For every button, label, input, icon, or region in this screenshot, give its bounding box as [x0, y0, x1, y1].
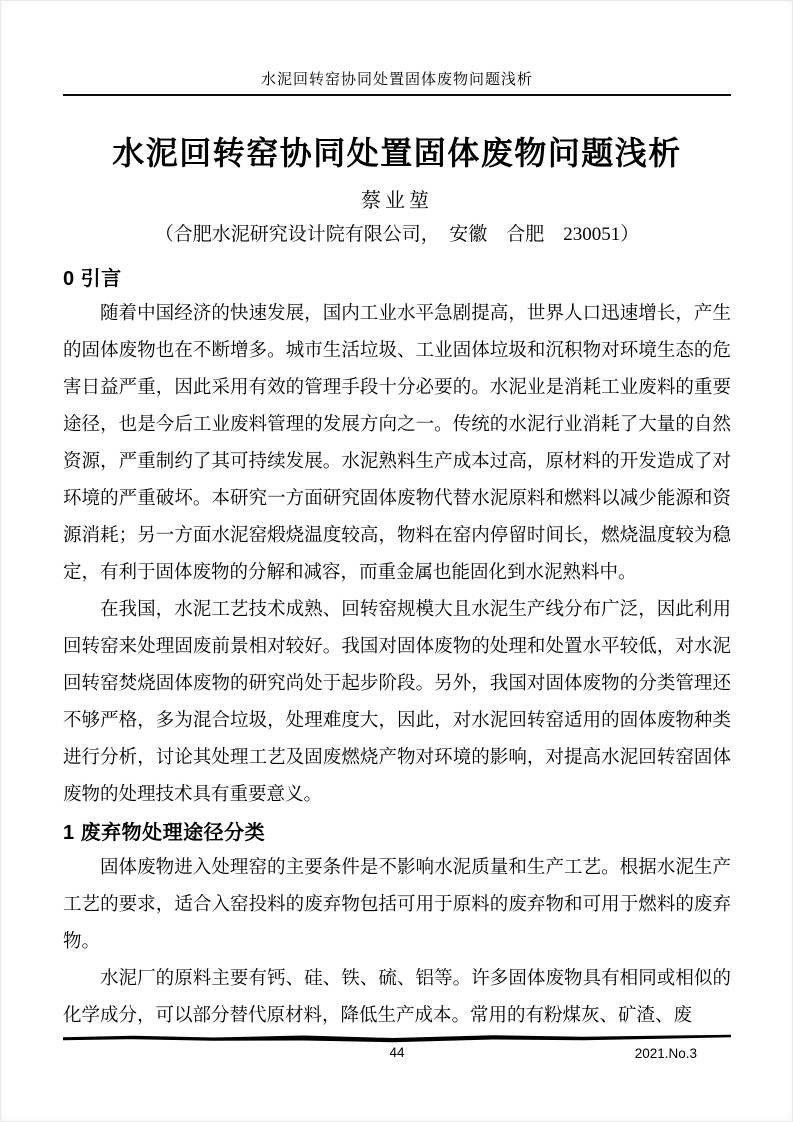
paragraph: 固体废物进入处理窑的主要条件是不影响水泥质量和生产工艺。根据水泥生产工艺的要求，…: [63, 850, 731, 961]
footer-rule: [63, 1034, 731, 1043]
section-heading-introduction: 0 引言: [63, 265, 731, 293]
page-footer: 44 2021.No.3: [63, 1034, 731, 1061]
footer-row: 44 2021.No.3: [63, 1044, 731, 1061]
paragraph: 在我国，水泥工艺技术成熟、回转窑规模大且水泥生产线分布广泛，因此利用回转窑来处理…: [63, 592, 731, 814]
article-content: 水泥回转窑协同处置固体废物问题浅析 蔡业堃 （合肥水泥研究设计院有限公司， 安徽…: [63, 0, 731, 1035]
page-number: 44: [389, 1045, 404, 1060]
issue-number: 2021.No.3: [635, 1045, 697, 1062]
author-name: 蔡业堃: [63, 188, 731, 214]
article-title: 水泥回转窑协同处置固体废物问题浅析: [63, 0, 731, 175]
document-page: 水泥回转窑协同处置固体废物问题浅析 水泥回转窑协同处置固体废物问题浅析 蔡业堃 …: [0, 0, 793, 1122]
section-heading-waste-classification: 1 废弃物处理途径分类: [63, 819, 731, 847]
paragraph: 随着中国经济的快速发展，国内工业水平急剧提高，世界人口迅速增长，产生的固体废物也…: [63, 296, 731, 592]
paragraph: 水泥厂的原料主要有钙、硅、铁、硫、铝等。许多固体废物具有相同或相似的化学成分，可…: [63, 961, 731, 1035]
author-affiliation: （合肥水泥研究设计院有限公司， 安徽 合肥 230051）: [63, 221, 731, 248]
